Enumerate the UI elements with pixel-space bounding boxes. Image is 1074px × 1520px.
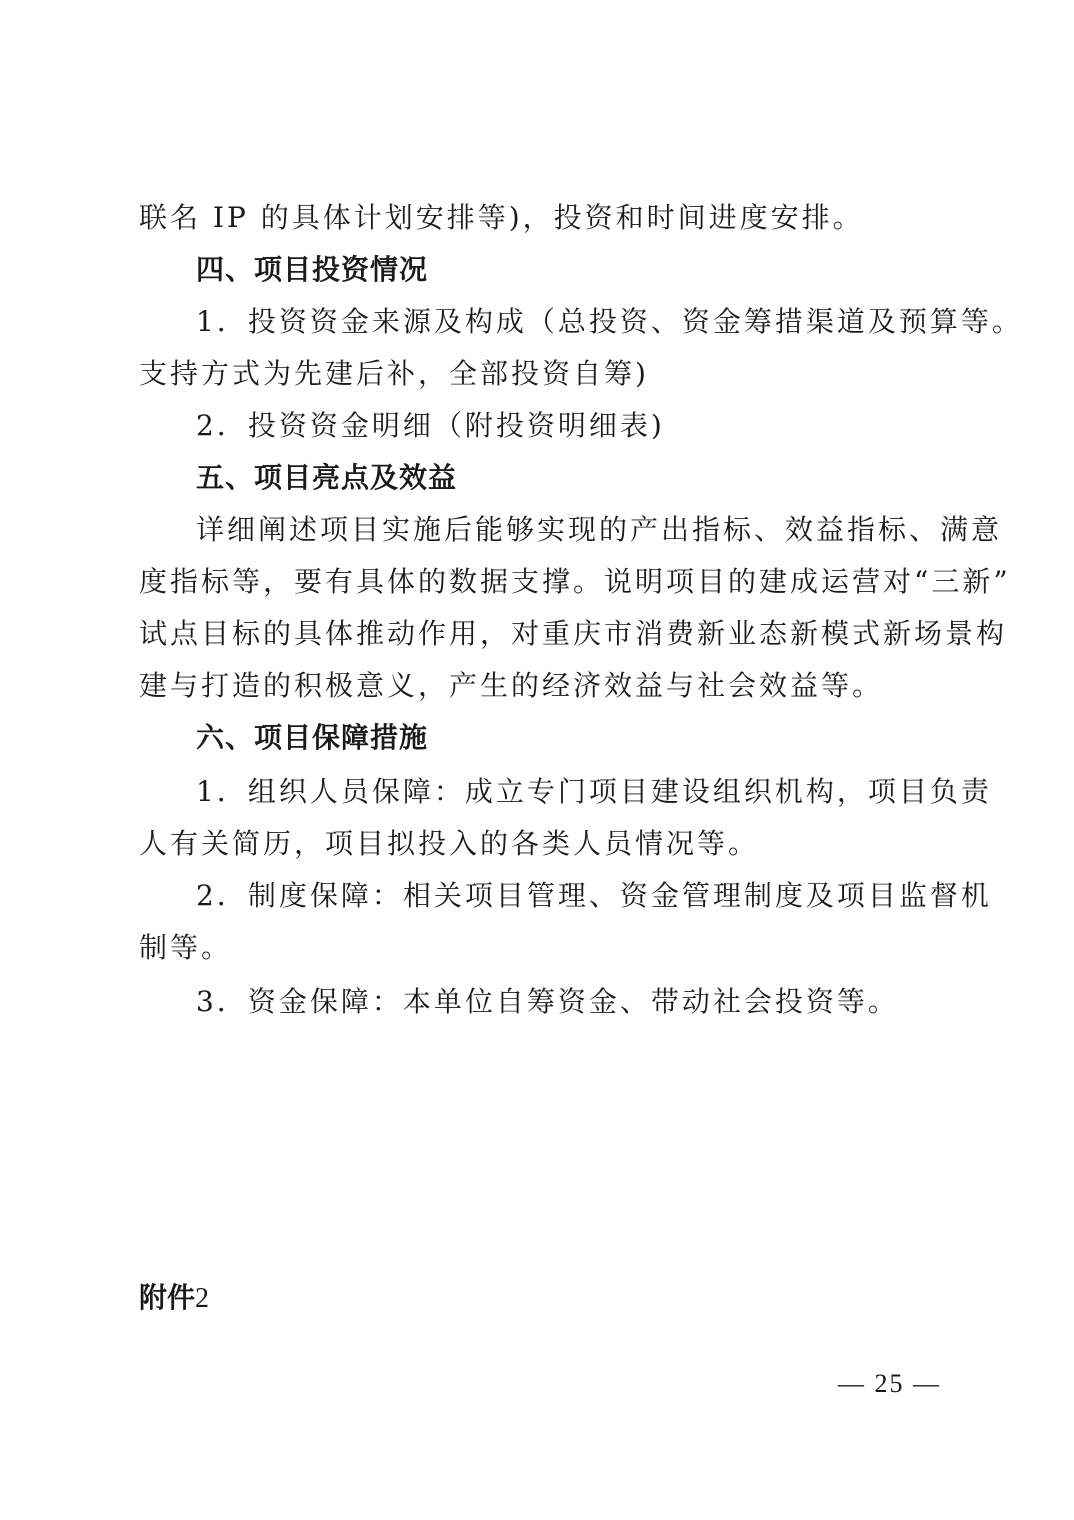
- list-item-funding-guarantee: 3．资金保障：本单位自筹资金、带动社会投资等。: [196, 982, 899, 1022]
- section-heading-safeguards: 六、项目保障措施: [196, 718, 428, 758]
- paragraph-line: 支持方式为先建后补，全部投资自筹): [139, 354, 649, 394]
- attachment-label: 附件2: [139, 1278, 209, 1319]
- paragraph-line: 度指标等，要有具体的数据支撑。说明项目的建成运营对“三新”: [139, 562, 1011, 602]
- paragraph-line: 建与打造的积极意义，产生的经济效益与社会效益等。: [139, 666, 883, 706]
- section-heading-investment: 四、项目投资情况: [196, 250, 428, 290]
- list-item-funding-detail: 2．投资资金明细（附投资明细表): [196, 406, 665, 446]
- list-item-funding-source: 1．投资资金来源及构成（总投资、资金筹措渠道及预算等。: [196, 302, 1023, 342]
- attachment-number: 2: [195, 1283, 209, 1314]
- paragraph-line: 详细阐述项目实施后能够实现的产出指标、效益指标、满意: [196, 510, 1002, 550]
- paragraph-line: 制等。: [139, 928, 232, 968]
- document-page: 联名 IP 的具体计划安排等)，投资和时间进度安排。 四、项目投资情况 1．投资…: [0, 0, 1074, 1520]
- list-item-personnel: 1．组织人员保障：成立专门项目建设组织机构，项目负责: [196, 772, 992, 812]
- attachment-label-text: 附件: [139, 1281, 195, 1314]
- list-item-system: 2．制度保障：相关项目管理、资金管理制度及项目监督机: [196, 876, 992, 916]
- section-heading-highlights: 五、项目亮点及效益: [196, 458, 457, 498]
- paragraph-line: 试点目标的具体推动作用，对重庆市消费新业态新模式新场景构: [139, 614, 1007, 654]
- paragraph-line: 人有关简历，项目拟投入的各类人员情况等。: [139, 824, 759, 864]
- page-number: — 25 —: [838, 1366, 941, 1402]
- paragraph-line: 联名 IP 的具体计划安排等)，投资和时间进度安排。: [139, 198, 864, 238]
